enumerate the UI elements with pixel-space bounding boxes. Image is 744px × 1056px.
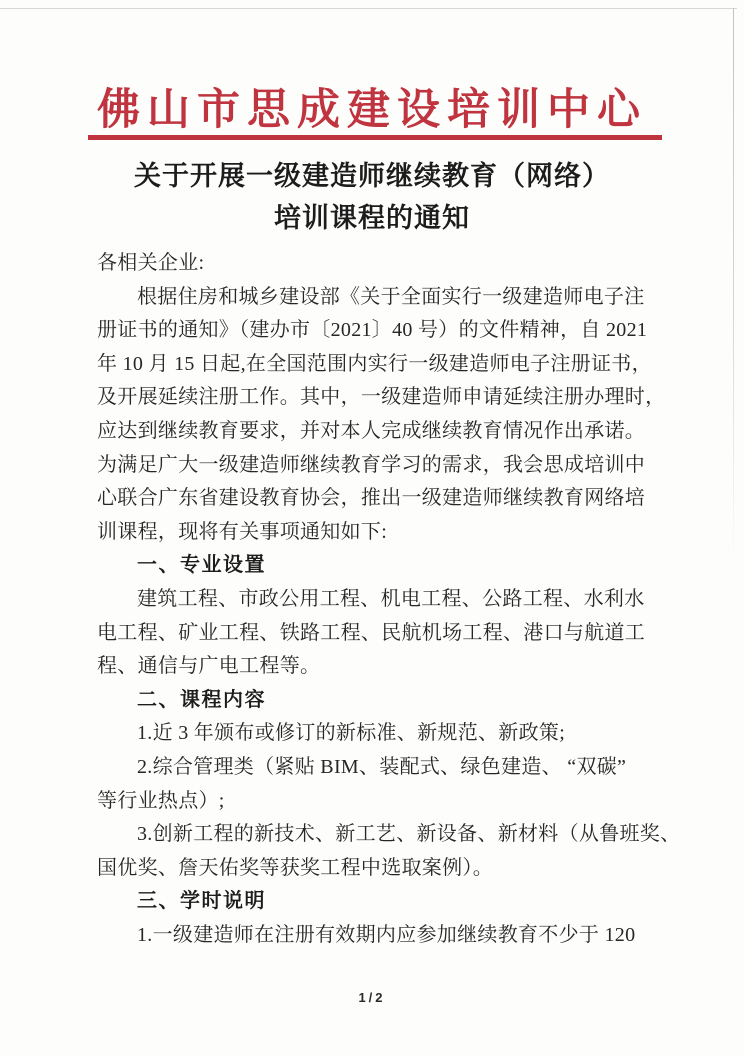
body-line: 国优奖、詹天佑奖等获奖工程中选取案例）。 <box>97 852 663 886</box>
document-title: 关于开展一级建造师继续教育（网络） 培训课程的通知 <box>0 155 744 239</box>
body-line: 等行业热点）; <box>97 785 663 819</box>
letterhead-org-name: 佛山市思成建设培训中心 <box>0 76 744 137</box>
document-title-line1: 关于开展一级建造师继续教育（网络） <box>0 155 744 197</box>
body-line: 电工程、矿业工程、铁路工程、民航机场工程、港口与航道工 <box>97 617 663 651</box>
body-line: 1.一级建造师在注册有效期内应参加继续教育不少于 120 <box>97 919 663 953</box>
document-lines: 根据住房和城乡建设部《关于全面实行一级建造师电子注册证书的通知》（建办市〔202… <box>97 281 663 953</box>
body-line: 册证书的通知》（建办市〔2021〕40 号）的文件精神，自 2021 <box>97 314 663 348</box>
section-heading: 二、课程内容 <box>97 684 663 718</box>
section-heading: 三、学时说明 <box>97 885 663 919</box>
document-title-line2: 培训课程的通知 <box>0 197 744 239</box>
footer-page-number: 1/2 <box>0 990 744 1005</box>
document-body: 各相关企业: 根据住房和城乡建设部《关于全面实行一级建造师电子注册证书的通知》（… <box>97 247 663 952</box>
body-line: 建筑工程、市政公用工程、机电工程、公路工程、水利水 <box>97 583 663 617</box>
letterhead-divider <box>88 135 662 140</box>
scan-edge-top <box>0 8 737 9</box>
body-line: 应达到继续教育要求，并对本人完成继续教育情况作出承诺。 <box>97 415 663 449</box>
body-line: 2.综合管理类（紧贴 BIM、装配式、绿色建造、 “双碳” <box>97 751 663 785</box>
salutation: 各相关企业: <box>97 247 663 281</box>
body-line: 及开展延续注册工作。其中，一级建造师申请延续注册办理时， <box>97 381 663 415</box>
body-line: 3.创新工程的新技术、新工艺、新设备、新材料（从鲁班奖、 <box>97 818 663 852</box>
body-line: 年 10 月 15 日起,在全国范围内实行一级建造师电子注册证书， <box>97 348 663 382</box>
body-line: 为满足广大一级建造师继续教育学习的需求，我会思成培训中 <box>97 449 663 483</box>
body-line: 程、通信与广电工程等。 <box>97 650 663 684</box>
body-line: 根据住房和城乡建设部《关于全面实行一级建造师电子注 <box>97 281 663 315</box>
body-line: 训课程，现将有关事项通知如下: <box>97 516 663 550</box>
section-heading: 一、专业设置 <box>97 549 663 583</box>
scanned-page: 佛山市思成建设培训中心 关于开展一级建造师继续教育（网络） 培训课程的通知 各相… <box>0 0 744 1056</box>
body-line: 1.近 3 年颁布或修订的新标准、新规范、新政策; <box>97 717 663 751</box>
body-line: 心联合广东省建设教育协会，推出一级建造师继续教育网络培 <box>97 482 663 516</box>
